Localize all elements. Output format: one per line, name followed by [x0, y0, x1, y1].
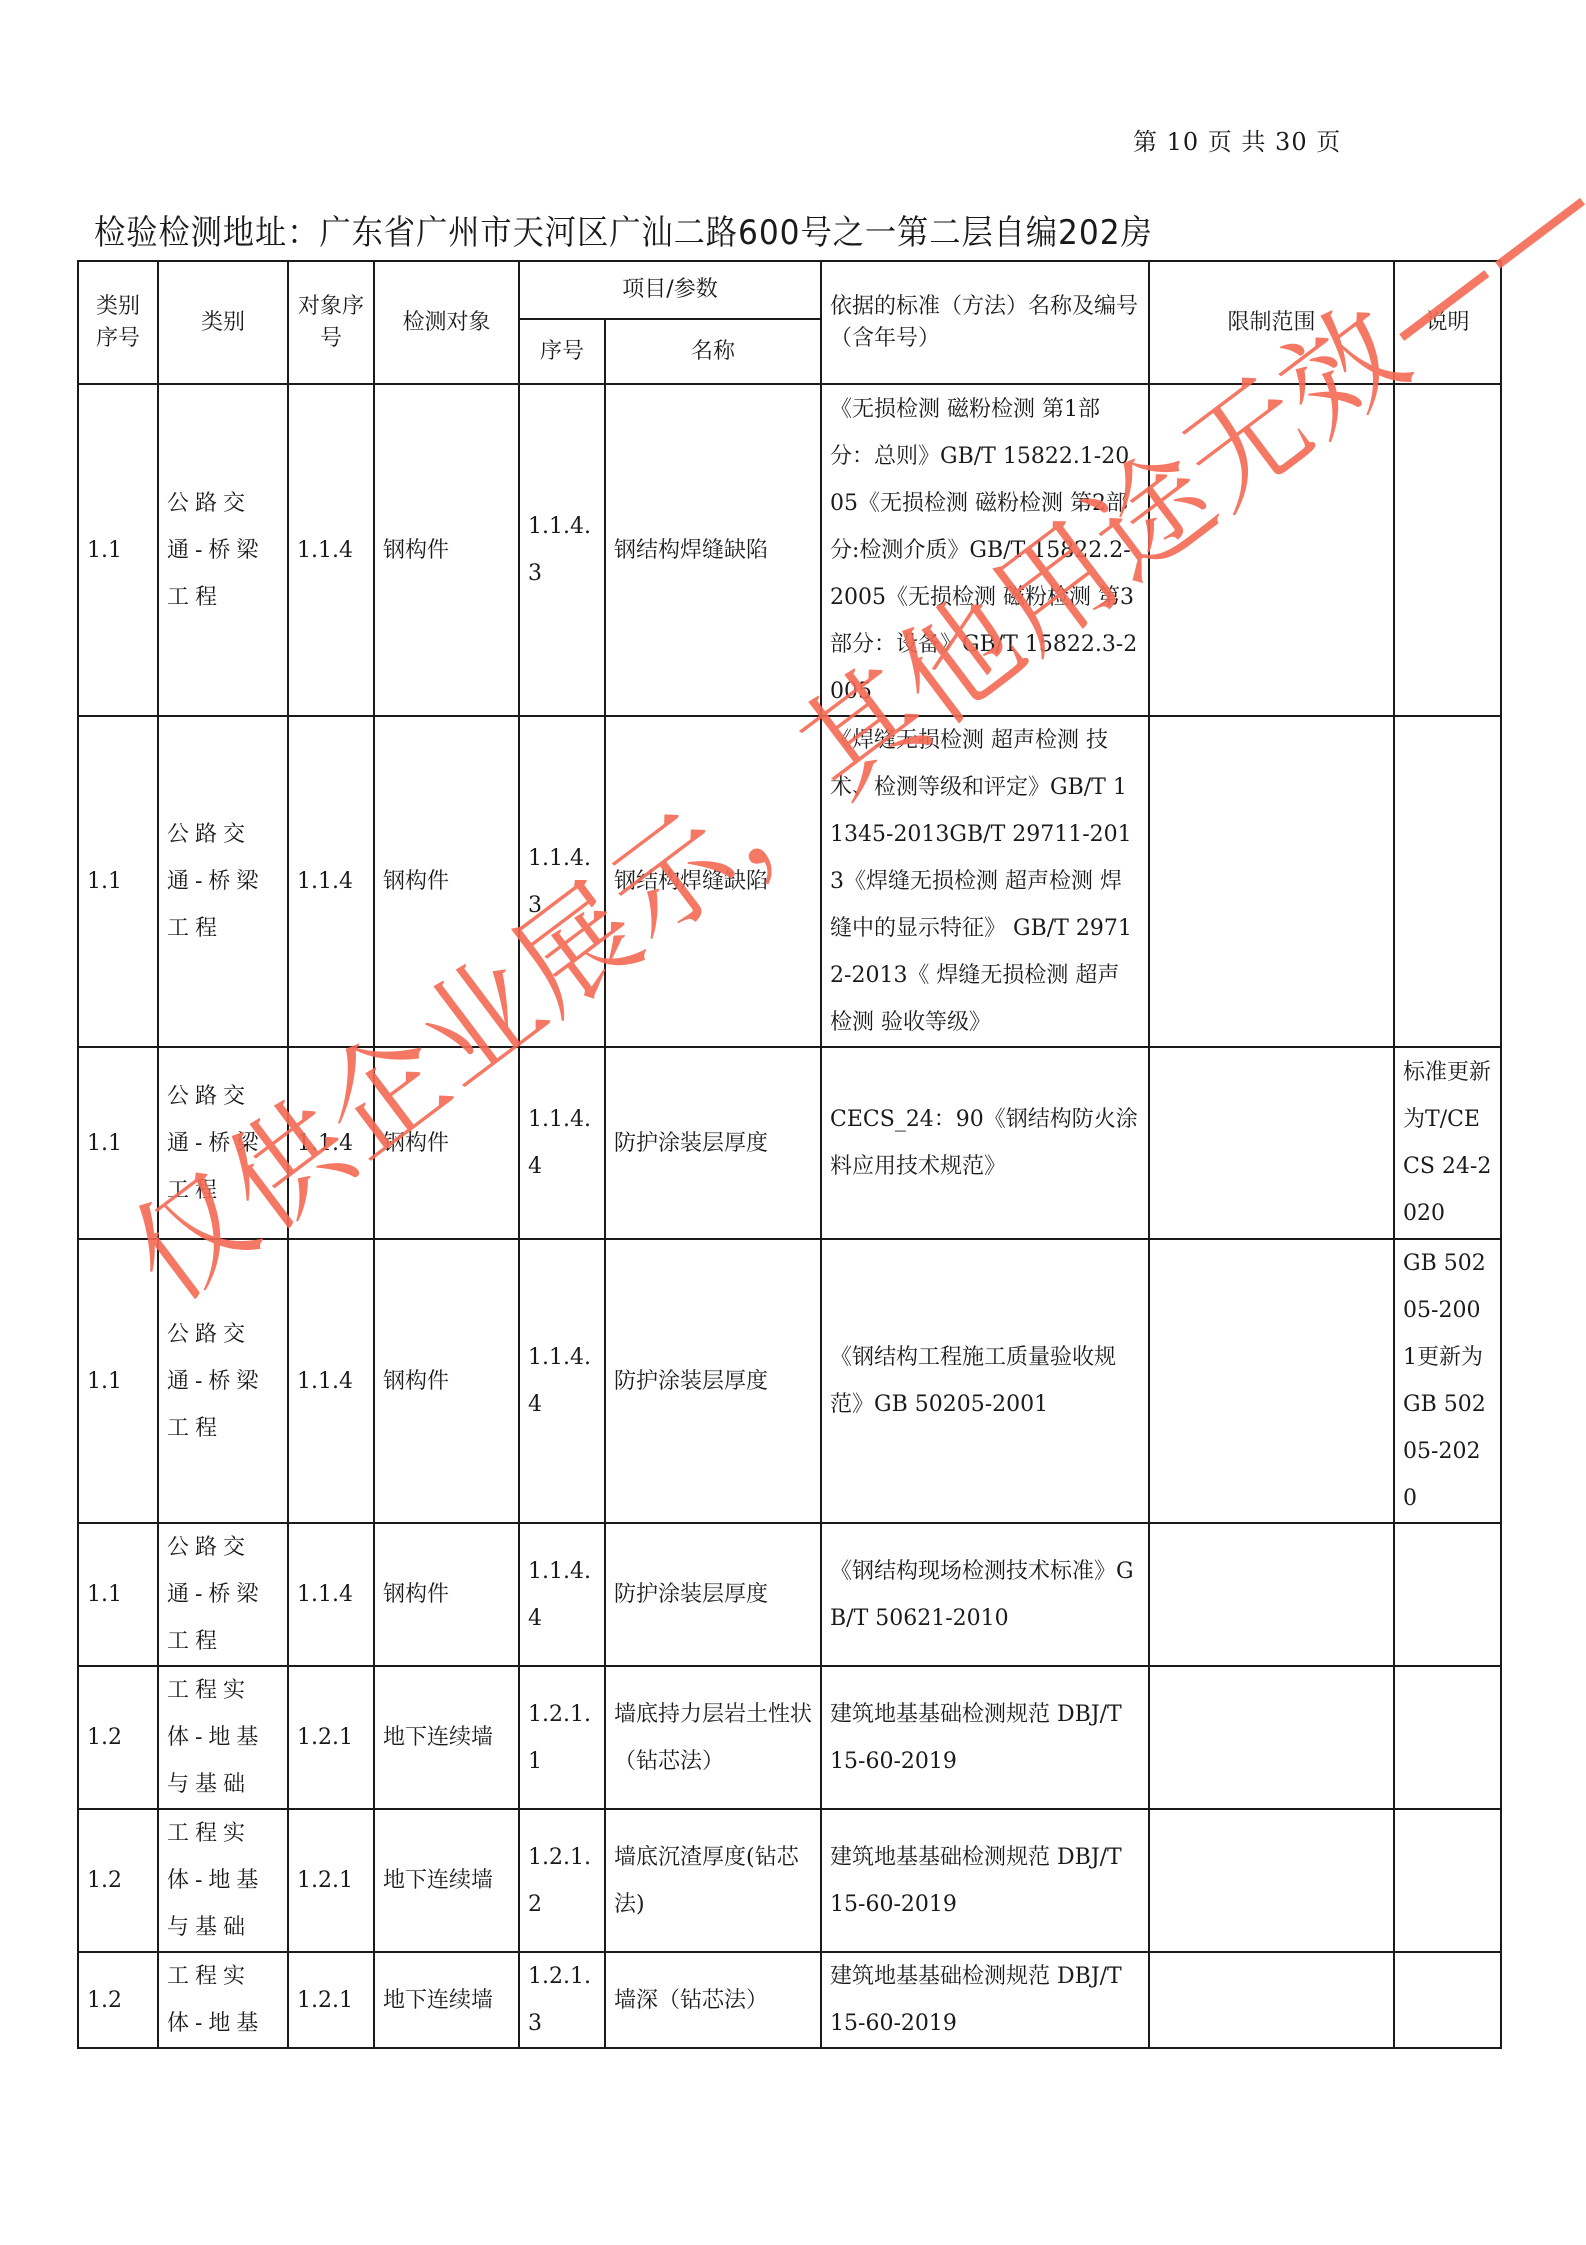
cell-object: 钢构件 [374, 1239, 519, 1523]
cell-standard: 建筑地基基础检测规范 DBJ/T 15-60-2019 [821, 1952, 1149, 2048]
cell-category: 公路交通-桥梁工程 [158, 384, 288, 716]
cell-limit [1149, 1047, 1394, 1239]
cell-obj-seq: 1.1.4 [288, 1239, 374, 1523]
header-item-param: 项目/参数 [519, 261, 821, 319]
header-limit: 限制范围 [1149, 261, 1394, 384]
cell-obj-seq: 1.1.4 [288, 1523, 374, 1666]
cell-note [1394, 384, 1501, 716]
cell-cat-seq: 1.2 [78, 1952, 158, 2048]
cell-standard: 建筑地基基础检测规范 DBJ/T 15-60-2019 [821, 1809, 1149, 1952]
cell-cat-seq: 1.2 [78, 1809, 158, 1952]
cell-cat-seq: 1.1 [78, 716, 158, 1047]
cell-item-seq: 1.2.1.1 [519, 1666, 605, 1809]
header-cat-seq: 类别序号 [78, 261, 158, 384]
cell-item-seq: 1.1.4.4 [519, 1047, 605, 1239]
page-indicator: 第 10 页 共 30 页 [1133, 122, 1341, 157]
cell-object: 钢构件 [374, 384, 519, 716]
cell-standard: CECS_24：90《钢结构防火涂料应用技术规范》 [821, 1047, 1149, 1239]
table-row: 1.2工程实体-地基与基础1.2.1地下连续墙1.2.1.1墙底持力层岩土性状（… [78, 1666, 1501, 1809]
cell-item-name: 钢结构焊缝缺陷 [605, 384, 821, 716]
table-row: 1.1公路交通-桥梁工程1.1.4钢构件1.1.4.4防护涂装层厚度CECS_2… [78, 1047, 1501, 1239]
testing-address: 检验检测地址：广东省广州市天河区广汕二路600号之一第二层自编202房 [94, 205, 1153, 254]
cell-category: 公路交通-桥梁工程 [158, 1523, 288, 1666]
cell-cat-seq: 1.1 [78, 1523, 158, 1666]
cell-limit [1149, 716, 1394, 1047]
cell-standard: 建筑地基基础检测规范 DBJ/T 15-60-2019 [821, 1666, 1149, 1809]
cell-note [1394, 1523, 1501, 1666]
header-object: 检测对象 [374, 261, 519, 384]
header-note: 说明 [1394, 261, 1501, 384]
cell-category: 工程实体-地基与基础 [158, 1809, 288, 1952]
cell-category: 工程实体-地基与基础 [158, 1666, 288, 1809]
cell-note: 标准更新为T/CECS 24-2020 [1394, 1047, 1501, 1239]
cell-object: 钢构件 [374, 1523, 519, 1666]
cell-category: 公路交通-桥梁工程 [158, 1047, 288, 1239]
cell-standard: 《焊缝无损检测 超声检测 技术、检测等级和评定》GB/T 11345-2013G… [821, 716, 1149, 1047]
cell-item-name: 钢结构焊缝缺陷 [605, 716, 821, 1047]
cell-obj-seq: 1.2.1 [288, 1809, 374, 1952]
header-item-seq: 序号 [519, 319, 605, 384]
cell-object: 钢构件 [374, 1047, 519, 1239]
table-row: 1.1公路交通-桥梁工程1.1.4钢构件1.1.4.4防护涂装层厚度《钢结构工程… [78, 1239, 1501, 1523]
cell-obj-seq: 1.1.4 [288, 1047, 374, 1239]
cell-item-name: 墙底沉渣厚度(钻芯法) [605, 1809, 821, 1952]
cell-note [1394, 1666, 1501, 1809]
cell-cat-seq: 1.1 [78, 1239, 158, 1523]
table-row: 1.1公路交通-桥梁工程1.1.4钢构件1.1.4.3钢结构焊缝缺陷《无损检测 … [78, 384, 1501, 716]
cell-item-name: 防护涂装层厚度 [605, 1239, 821, 1523]
cell-cat-seq: 1.2 [78, 1666, 158, 1809]
cell-item-seq: 1.1.4.4 [519, 1239, 605, 1523]
header-category: 类别 [158, 261, 288, 384]
cell-object: 地下连续墙 [374, 1952, 519, 2048]
cell-item-seq: 1.1.4.3 [519, 384, 605, 716]
scope-table: 类别序号 类别 对象序号 检测对象 项目/参数 依据的标准（方法）名称及编号（含… [77, 260, 1502, 2049]
cell-item-name: 墙深（钻芯法） [605, 1952, 821, 2048]
cell-item-name: 防护涂装层厚度 [605, 1523, 821, 1666]
cell-object: 地下连续墙 [374, 1809, 519, 1952]
cell-note [1394, 716, 1501, 1047]
cell-obj-seq: 1.2.1 [288, 1666, 374, 1809]
cell-obj-seq: 1.2.1 [288, 1952, 374, 2048]
cell-note [1394, 1809, 1501, 1952]
cell-category: 公路交通-桥梁工程 [158, 1239, 288, 1523]
cell-obj-seq: 1.1.4 [288, 716, 374, 1047]
cell-item-seq: 1.1.4.3 [519, 716, 605, 1047]
cell-note [1394, 1952, 1501, 2048]
cell-cat-seq: 1.1 [78, 384, 158, 716]
cell-limit [1149, 1809, 1394, 1952]
cell-standard: 《无损检测 磁粉检测 第1部分：总则》GB/T 15822.1-2005《无损检… [821, 384, 1149, 716]
cell-standard: 《钢结构工程施工质量验收规范》GB 50205-2001 [821, 1239, 1149, 1523]
cell-standard: 《钢结构现场检测技术标准》GB/T 50621-2010 [821, 1523, 1149, 1666]
table-row: 1.2工程实体-地基与基础1.2.1地下连续墙1.2.1.2墙底沉渣厚度(钻芯法… [78, 1809, 1501, 1952]
cell-object: 地下连续墙 [374, 1666, 519, 1809]
cell-item-name: 防护涂装层厚度 [605, 1047, 821, 1239]
header-item-name: 名称 [605, 319, 821, 384]
cell-limit [1149, 1952, 1394, 2048]
table-row: 1.2工程实体-地基1.2.1地下连续墙1.2.1.3墙深（钻芯法）建筑地基基础… [78, 1952, 1501, 2048]
header-standard: 依据的标准（方法）名称及编号（含年号） [821, 261, 1149, 384]
cell-item-name: 墙底持力层岩土性状（钻芯法） [605, 1666, 821, 1809]
cell-obj-seq: 1.1.4 [288, 384, 374, 716]
cell-limit [1149, 384, 1394, 716]
cell-item-seq: 1.2.1.2 [519, 1809, 605, 1952]
cell-object: 钢构件 [374, 716, 519, 1047]
cell-item-seq: 1.2.1.3 [519, 1952, 605, 2048]
cell-limit [1149, 1666, 1394, 1809]
cell-note: GB 50205-2001更新为GB 50205-2020 [1394, 1239, 1501, 1523]
cell-category: 公路交通-桥梁工程 [158, 716, 288, 1047]
cell-item-seq: 1.1.4.4 [519, 1523, 605, 1666]
cell-category: 工程实体-地基 [158, 1952, 288, 2048]
cell-limit [1149, 1239, 1394, 1523]
cell-limit [1149, 1523, 1394, 1666]
table-row: 1.1公路交通-桥梁工程1.1.4钢构件1.1.4.4防护涂装层厚度《钢结构现场… [78, 1523, 1501, 1666]
header-obj-seq: 对象序号 [288, 261, 374, 384]
cell-cat-seq: 1.1 [78, 1047, 158, 1239]
table-row: 1.1公路交通-桥梁工程1.1.4钢构件1.1.4.3钢结构焊缝缺陷《焊缝无损检… [78, 716, 1501, 1047]
